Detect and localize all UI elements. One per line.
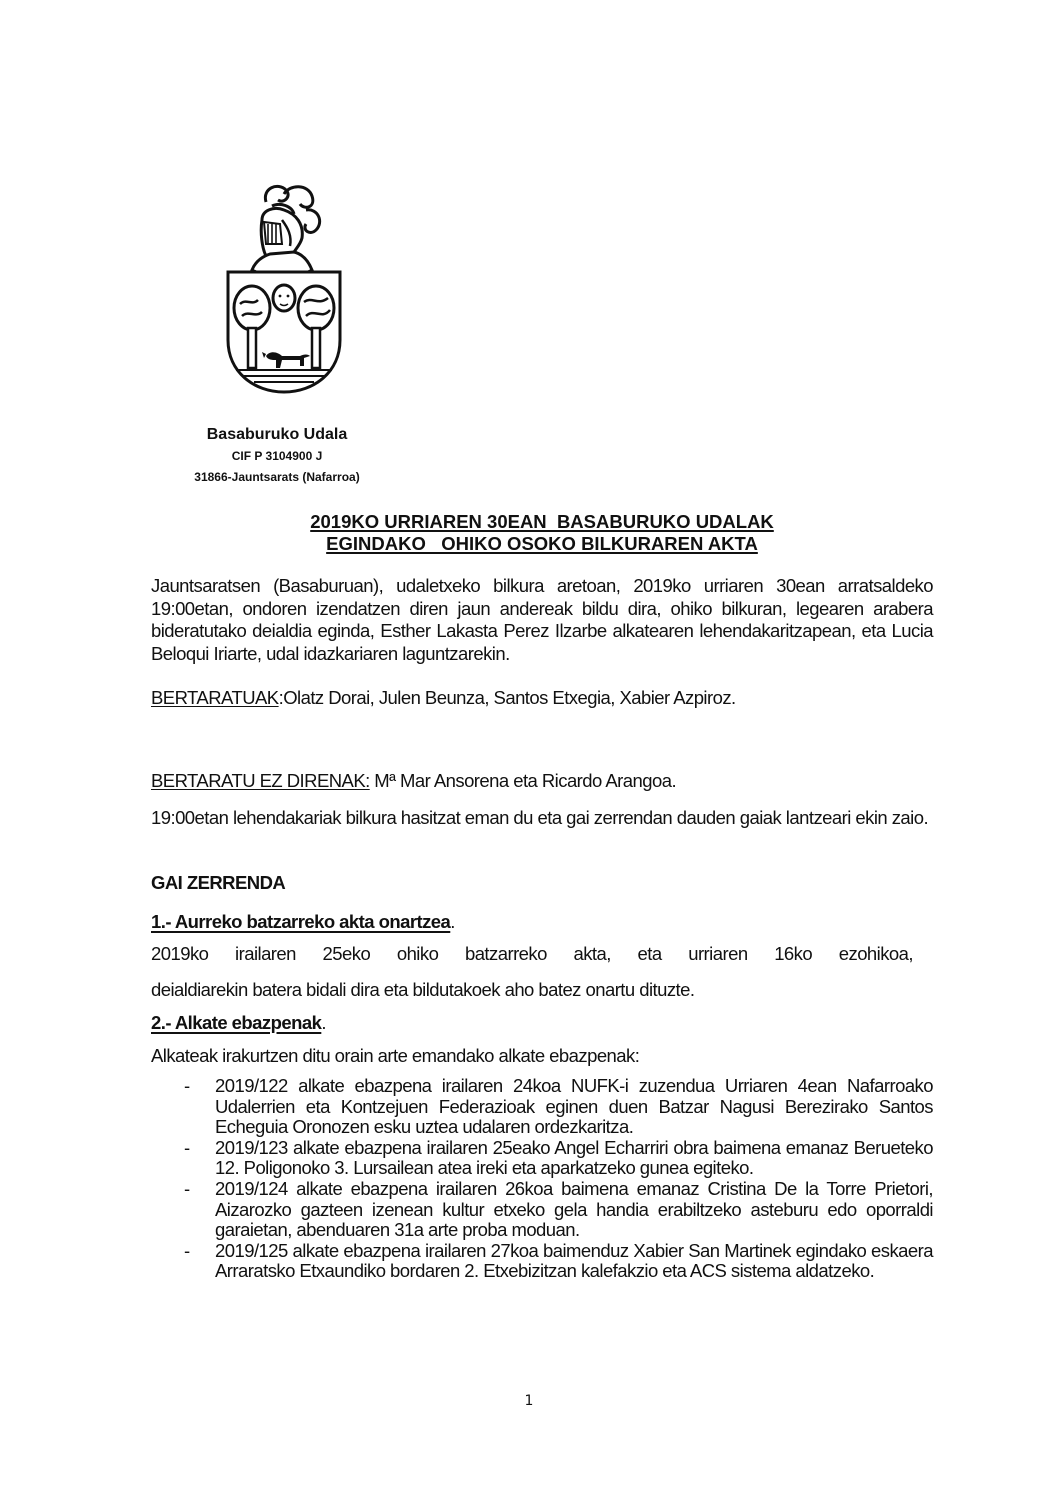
resolution-text: 2019/125 alkate ebazpena irailaren 27koa… bbox=[215, 1240, 933, 1282]
opening-paragraph: 19:00etan lehendakariak bilkura hasitzat… bbox=[151, 807, 933, 830]
organization-name: Basaburuko Udala bbox=[150, 424, 404, 446]
title-line-2: EGINDAKO OHIKO OSOKO BILKURAREN AKTA bbox=[326, 533, 758, 555]
resolution-text: 2019/124 alkate ebazpena irailaren 26koa… bbox=[215, 1178, 933, 1240]
absent-label: BERTARATU EZ DIRENAK: bbox=[151, 770, 370, 791]
document-title: 2019KO URRIAREN 30EAN BASABURUKO UDALAK … bbox=[150, 511, 934, 555]
agenda-heading: GAI ZERRENDA bbox=[151, 872, 933, 895]
agenda-item-2-period: . bbox=[321, 1012, 326, 1033]
resolution-item: - 2019/125 alkate ebazpena irailaren 27k… bbox=[151, 1241, 933, 1282]
organization-header: Basaburuko Udala CIF P 3104900 J 31866-J… bbox=[150, 424, 404, 488]
resolution-text: 2019/123 alkate ebazpena irailaren 25eak… bbox=[215, 1137, 933, 1179]
agenda-item-1-title: 1.- Aurreko batzarreko akta onartzea bbox=[151, 911, 450, 932]
agenda-item-1-period: . bbox=[450, 911, 455, 932]
coat-of-arms-icon bbox=[222, 180, 346, 396]
agenda-item-1-line-1: 2019ko irailaren 25eko ohiko batzarreko … bbox=[151, 943, 913, 966]
organization-address: 31866-Jauntsarats (Nafarroa) bbox=[150, 467, 404, 488]
title-line-1: 2019KO URRIAREN 30EAN BASABURUKO UDALAK bbox=[310, 511, 774, 533]
bullet-dash: - bbox=[184, 1076, 190, 1097]
attendees-names: Olatz Dorai, Julen Beunza, Santos Etxegi… bbox=[283, 687, 735, 708]
agenda-item-2-heading: 2.- Alkate ebazpenak. bbox=[151, 1012, 933, 1035]
agenda-item-1-heading: 1.- Aurreko batzarreko akta onartzea. bbox=[151, 911, 933, 934]
resolution-item: - 2019/122 alkate ebazpena irailaren 24k… bbox=[151, 1076, 933, 1138]
attendees-paragraph: BERTARATUAK:Olatz Dorai, Julen Beunza, S… bbox=[151, 687, 933, 710]
document-page: Basaburuko Udala CIF P 3104900 J 31866-J… bbox=[0, 0, 1058, 1497]
bullet-dash: - bbox=[184, 1138, 190, 1159]
resolutions-list: - 2019/122 alkate ebazpena irailaren 24k… bbox=[151, 1076, 933, 1282]
agenda-item-2-title: 2.- Alkate ebazpenak bbox=[151, 1012, 321, 1033]
bullet-dash: - bbox=[184, 1241, 190, 1262]
attendees-label: BERTARATUAK bbox=[151, 687, 279, 708]
intro-paragraph: Jauntsaratsen (Basaburuan), udaletxeko b… bbox=[151, 575, 933, 665]
absent-paragraph: BERTARATU EZ DIRENAK: Mª Mar Ansorena et… bbox=[151, 770, 933, 793]
organization-cif: CIF P 3104900 J bbox=[150, 446, 404, 467]
resolution-text: 2019/122 alkate ebazpena irailaren 24koa… bbox=[215, 1075, 933, 1137]
absent-names: Mª Mar Ansorena eta Ricardo Arangoa. bbox=[370, 770, 676, 791]
page-number: 1 bbox=[0, 1393, 1058, 1409]
bullet-dash: - bbox=[184, 1179, 190, 1200]
resolution-item: - 2019/123 alkate ebazpena irailaren 25e… bbox=[151, 1138, 933, 1179]
resolution-item: - 2019/124 alkate ebazpena irailaren 26k… bbox=[151, 1179, 933, 1241]
agenda-item-1-line-2: deialdiarekin batera bidali dira eta bil… bbox=[151, 979, 933, 1002]
agenda-item-2-intro: Alkateak irakurtzen ditu orain arte eman… bbox=[151, 1045, 933, 1068]
